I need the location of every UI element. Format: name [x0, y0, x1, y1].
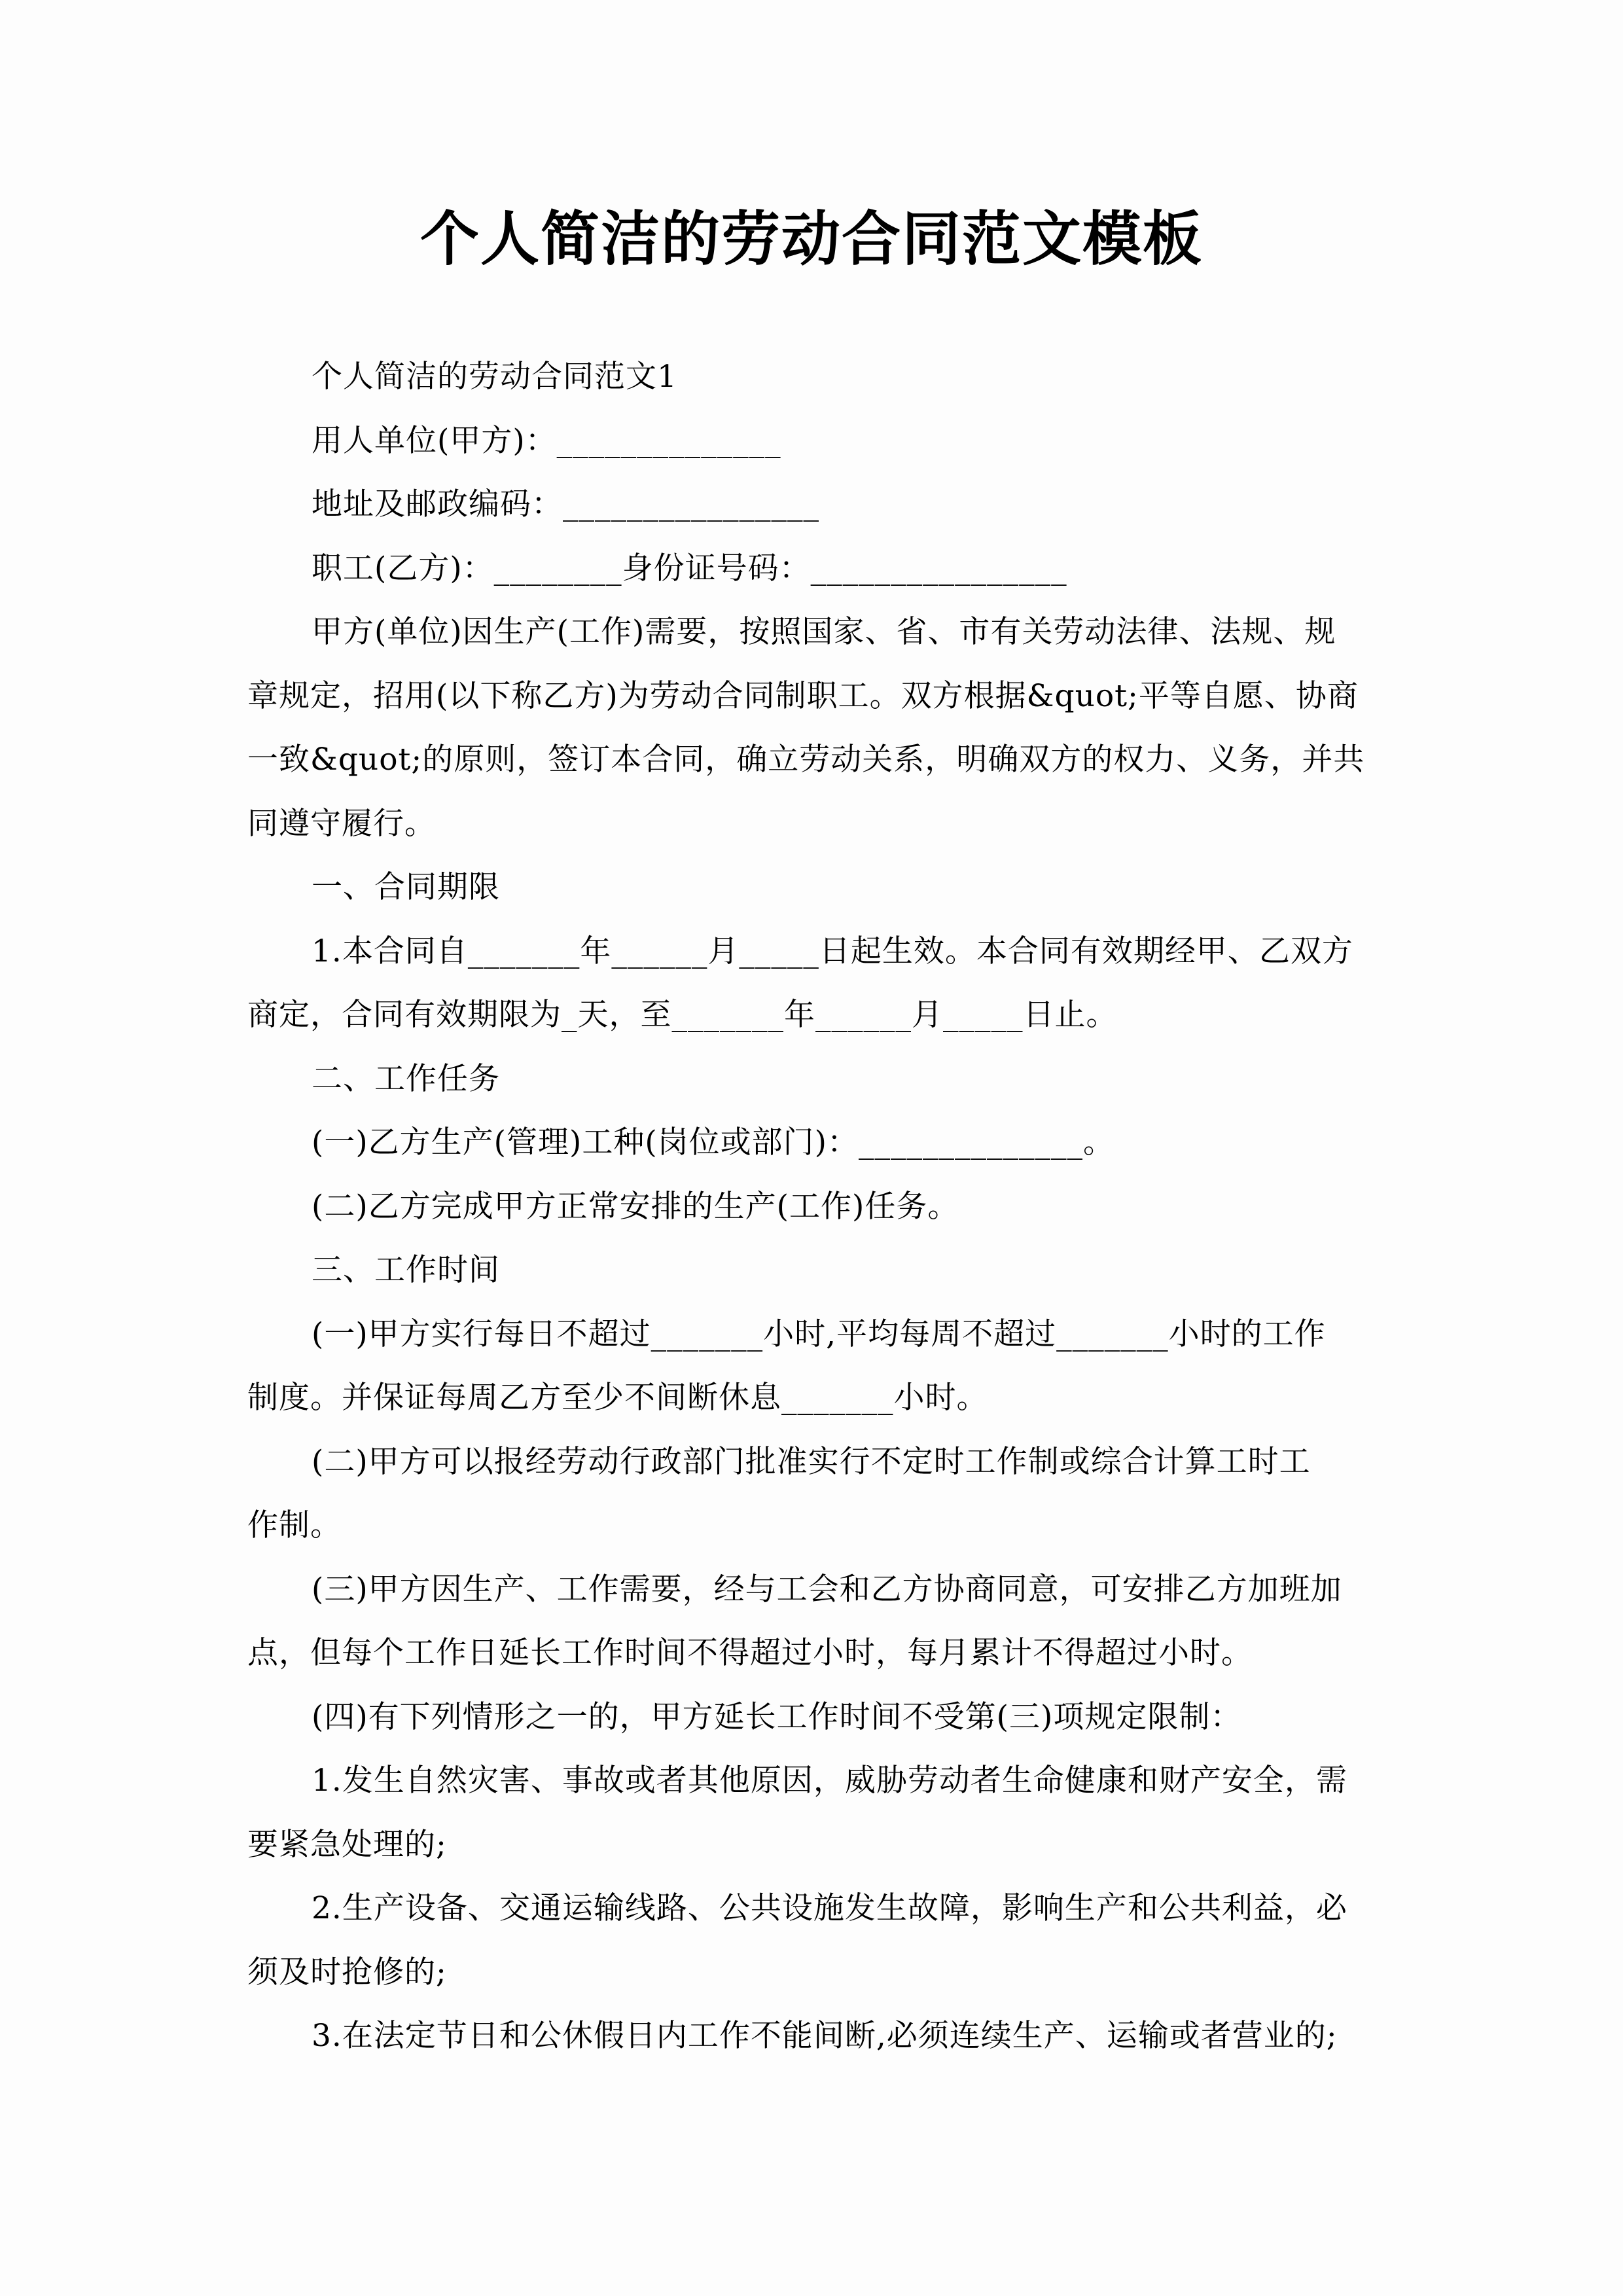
address-postcode-field-line: 地址及邮政编码：________________: [247, 481, 1377, 545]
heading-work-tasks: 二、工作任务: [247, 1056, 1377, 1120]
task-clause-1: (一)乙方生产(管理)工种(岗位或部门)：______________。: [247, 1119, 1377, 1183]
term-clause-line-1: 1.本合同自_______年______月_____日起生效。本合同有效期经甲、…: [247, 928, 1377, 992]
hours-clause-4: (四)有下列情形之一的，甲方延长工作时间不受第(三)项规定限制：: [247, 1694, 1377, 1758]
heading-contract-term: 一、合同期限: [247, 864, 1377, 928]
employer-field-line: 用人单位(甲方)：______________: [247, 418, 1377, 482]
hours-clause-3-line-1: (三)甲方因生产、工作需要，经与工会和乙方协商同意，可安排乙方加班加: [247, 1566, 1377, 1630]
exception-2-line-2: 须及时抢修的;: [247, 1949, 1377, 2013]
task-clause-2: (二)乙方完成甲方正常安排的生产(工作)任务。: [247, 1183, 1377, 1247]
exception-1-line-2: 要紧急处理的;: [247, 1821, 1377, 1886]
term-clause-line-2: 商定，合同有效期限为_天，至_______年______月_____日止。: [247, 992, 1377, 1056]
hours-clause-3-line-2: 点，但每个工作日延长工作时间不得超过小时，每月累计不得超过小时。: [247, 1630, 1377, 1694]
exception-1-line-1: 1.发生自然灾害、事故或者其他原因，威胁劳动者生命健康和财产安全，需: [247, 1757, 1377, 1821]
hours-clause-2-line-2: 作制。: [247, 1502, 1377, 1566]
hours-clause-1-line-1: (一)甲方实行每日不超过_______小时,平均每周不超过_______小时的工…: [247, 1311, 1377, 1375]
document-page: 个人简洁的劳动合同范文模板 个人简洁的劳动合同范文1 用人单位(甲方)：____…: [0, 0, 1623, 2296]
preamble-line-2: 章规定，招用(以下称乙方)为劳动合同制职工。双方根据&quot;平等自愿、协商: [247, 673, 1377, 737]
exception-3: 3.在法定节日和公休假日内工作不能间断,必须连续生产、运输或者营业的;: [247, 2013, 1377, 2077]
employee-id-field-line: 职工(乙方)：________身份证号码：________________: [247, 545, 1377, 609]
preamble-line-4: 同遵守履行。: [247, 800, 1377, 865]
hours-clause-1-line-2: 制度。并保证每周乙方至少不间断休息_______小时。: [247, 1374, 1377, 1439]
exception-2-line-1: 2.生产设备、交通运输线路、公共设施发生故障，影响生产和公共利益，必: [247, 1885, 1377, 1949]
document-body: 个人简洁的劳动合同范文1 用人单位(甲方)：______________ 地址及…: [247, 353, 1377, 2077]
document-title: 个人简洁的劳动合同范文模板: [0, 196, 1623, 281]
preamble-line-3: 一致&quot;的原则，签订本合同，确立劳动关系，明确双方的权力、义务，并共: [247, 736, 1377, 800]
heading-working-hours: 三、工作时间: [247, 1247, 1377, 1311]
hours-clause-2-line-1: (二)甲方可以报经劳动行政部门批准实行不定时工作制或综合计算工时工: [247, 1439, 1377, 1503]
section-heading-sample-1: 个人简洁的劳动合同范文1: [247, 353, 1377, 418]
preamble-line-1: 甲方(单位)因生产(工作)需要，按照国家、省、市有关劳动法律、法规、规: [247, 609, 1377, 673]
